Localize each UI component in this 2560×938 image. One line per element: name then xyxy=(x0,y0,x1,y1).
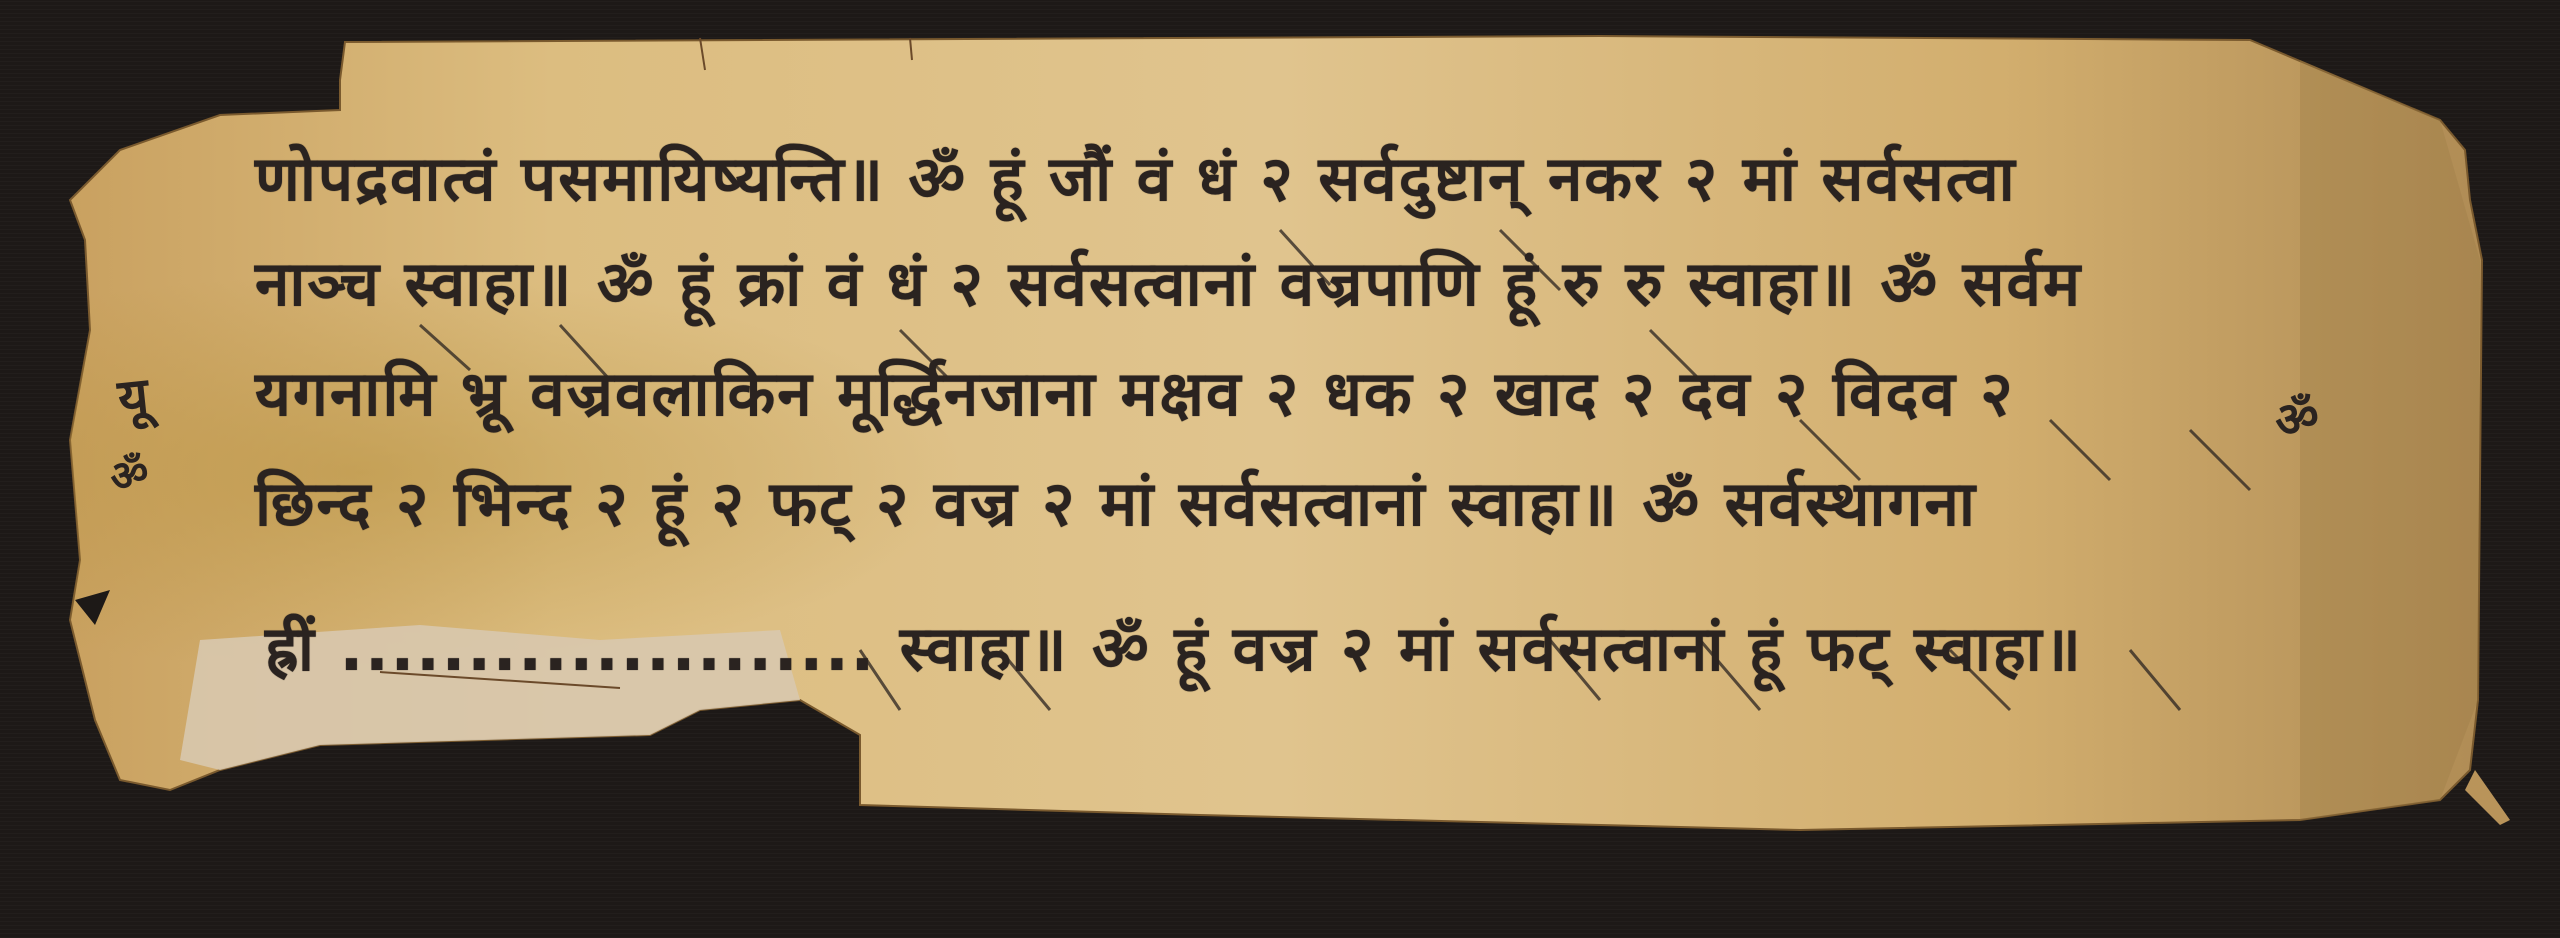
margin-glyph-right: ॐ xyxy=(2271,382,2323,452)
manuscript-line-2: नाञ्च स्वाहा॥ ॐ हूं क्रां वं धं २ सर्वसत… xyxy=(255,240,2082,324)
manuscript-line-3: यगनामि भ्रू वज्रवलाकिन मूर्द्धिनजाना मक्… xyxy=(255,350,2015,434)
manuscript-line-1: णोपद्रवात्वं पसमायिष्यन्ति॥ ॐ हूं जौं वं… xyxy=(255,135,2017,219)
manuscript-line-4: छिन्द २ भिन्द २ हूं २ फट् २ वज्र २ मां स… xyxy=(255,460,1977,544)
manuscript-line-5: ह्रीं ..................... स्वाहा॥ ॐ हू… xyxy=(265,605,2083,689)
